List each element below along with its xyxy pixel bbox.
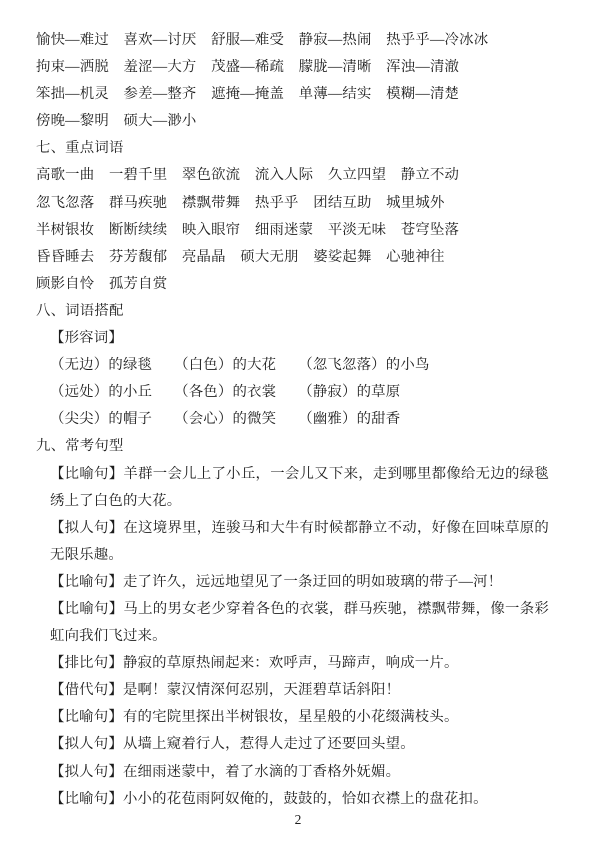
sentence-text: 小小的花苞雨阿奴俺的，鼓鼓的，恰如衣襟上的盘花扣。 — [123, 791, 488, 807]
sentence-paragraph: 【比喻句】有的宅院里探出半树银妆，星星般的小花缀满枝头。 — [50, 704, 549, 731]
antonym-row: 傍晚—黎明 硕大—渺小 — [36, 108, 549, 135]
sentence-type-label: 【拟人句】 — [50, 764, 123, 780]
collocation-row: （无边）的绿毯 （白色）的大花 （忽飞忽落）的小鸟 — [50, 352, 549, 379]
sentence-text: 从墙上窥着行人，惹得人走过了还要回头望。 — [123, 736, 415, 752]
sentence-paragraph: 【借代句】是啊！蒙汉情深何忍别，天涯碧草话斜阳！ — [50, 677, 549, 704]
sentence-paragraph: 【拟人句】在这境界里，连骏马和大牛有时候都静立不动，好像在回味草原的无限乐趣。 — [50, 515, 549, 569]
key-word-row: 忽飞忽落 群马疾驰 襟飘带舞 热乎乎 团结互助 城里城外 — [36, 190, 549, 217]
sentence-type-label: 【拟人句】 — [50, 520, 123, 536]
sentence-text: 马上的男女老少穿着各色的衣裳，群马疾驰，襟飘带舞，像一条彩虹向我们飞过来。 — [50, 601, 549, 644]
section-8-heading: 八、词语搭配 — [36, 298, 549, 325]
sentence-type-label: 【比喻句】 — [50, 601, 123, 617]
adjective-subheading: 【形容词】 — [50, 325, 549, 352]
sentence-type-label: 【比喻句】 — [50, 709, 123, 725]
sentence-paragraph: 【拟人句】在细雨迷蒙中，着了水滴的丁香格外妩媚。 — [50, 759, 549, 786]
sentence-type-label: 【比喻句】 — [50, 574, 123, 590]
key-word-row: 高歌一曲 一碧千里 翠色欲流 流入人际 久立四望 静立不动 — [36, 162, 549, 189]
sentence-paragraph: 【比喻句】马上的男女老少穿着各色的衣裳，群马疾驰，襟飘带舞，像一条彩虹向我们飞过… — [50, 596, 549, 650]
sentence-text: 是啊！蒙汉情深何忍别，天涯碧草话斜阳！ — [123, 682, 400, 698]
page-number: 2 — [0, 809, 596, 831]
key-word-row: 半树银妆 断断续续 映入眼帘 细雨迷蒙 平淡无味 苍穹坠落 — [36, 217, 549, 244]
sentence-text: 有的宅院里探出半树银妆，星星般的小花缀满枝头。 — [123, 709, 459, 725]
sentence-paragraph: 【比喻句】羊群一会儿上了小丘，一会儿又下来，走到哪里都像给无边的绿毯绣上了白色的… — [50, 461, 549, 515]
sentence-type-label: 【拟人句】 — [50, 736, 123, 752]
sentence-text: 走了许久，远远地望见了一条迂回的明如玻璃的带子—河！ — [123, 574, 502, 590]
antonym-row: 拘束—洒脱 羞涩—大方 茂盛—稀疏 朦胧—清晰 浑浊—清澈 — [36, 54, 549, 81]
section-7-heading: 七、重点词语 — [36, 135, 549, 162]
sentence-type-label: 【比喻句】 — [50, 791, 123, 807]
sentence-text: 在细雨迷蒙中，着了水滴的丁香格外妩媚。 — [123, 764, 400, 780]
sentence-text: 在这境界里，连骏马和大牛有时候都静立不动，好像在回味草原的无限乐趣。 — [50, 520, 549, 563]
antonym-row: 笨拙—机灵 参差—整齐 遮掩—掩盖 单薄—结实 模糊—清楚 — [36, 81, 549, 108]
sentence-type-label: 【比喻句】 — [50, 466, 123, 482]
sentence-type-label: 【排比句】 — [50, 655, 123, 671]
sentence-paragraph: 【比喻句】走了许久，远远地望见了一条迂回的明如玻璃的带子—河！ — [50, 569, 549, 596]
sentence-type-label: 【借代句】 — [50, 682, 123, 698]
document-page: 愉快—难过 喜欢—讨厌 舒服—难受 静寂—热闹 热乎乎—冷冰冰 拘束—洒脱 羞涩… — [0, 0, 596, 842]
sentence-text: 羊群一会儿上了小丘，一会儿又下来，走到哪里都像给无边的绿毯绣上了白色的大花。 — [50, 466, 549, 509]
collocation-row: （远处）的小丘 （各色）的衣裳 （静寂）的草原 — [50, 379, 549, 406]
sentence-paragraph: 【拟人句】从墙上窥着行人，惹得人走过了还要回头望。 — [50, 731, 549, 758]
sentence-text: 静寂的草原热闹起来：欢呼声，马蹄声，响成一片。 — [123, 655, 459, 671]
antonym-row: 愉快—难过 喜欢—讨厌 舒服—难受 静寂—热闹 热乎乎—冷冰冰 — [36, 27, 549, 54]
key-word-row: 昏昏睡去 芬芳馥郁 亮晶晶 硕大无朋 婆娑起舞 心驰神往 — [36, 244, 549, 271]
collocation-row: （尖尖）的帽子 （会心）的微笑 （幽雅）的甜香 — [50, 406, 549, 433]
sentence-paragraph: 【排比句】静寂的草原热闹起来：欢呼声，马蹄声，响成一片。 — [50, 650, 549, 677]
key-word-row: 顾影自怜 孤芳自赏 — [36, 271, 549, 298]
section-9-heading: 九、常考句型 — [36, 433, 549, 460]
